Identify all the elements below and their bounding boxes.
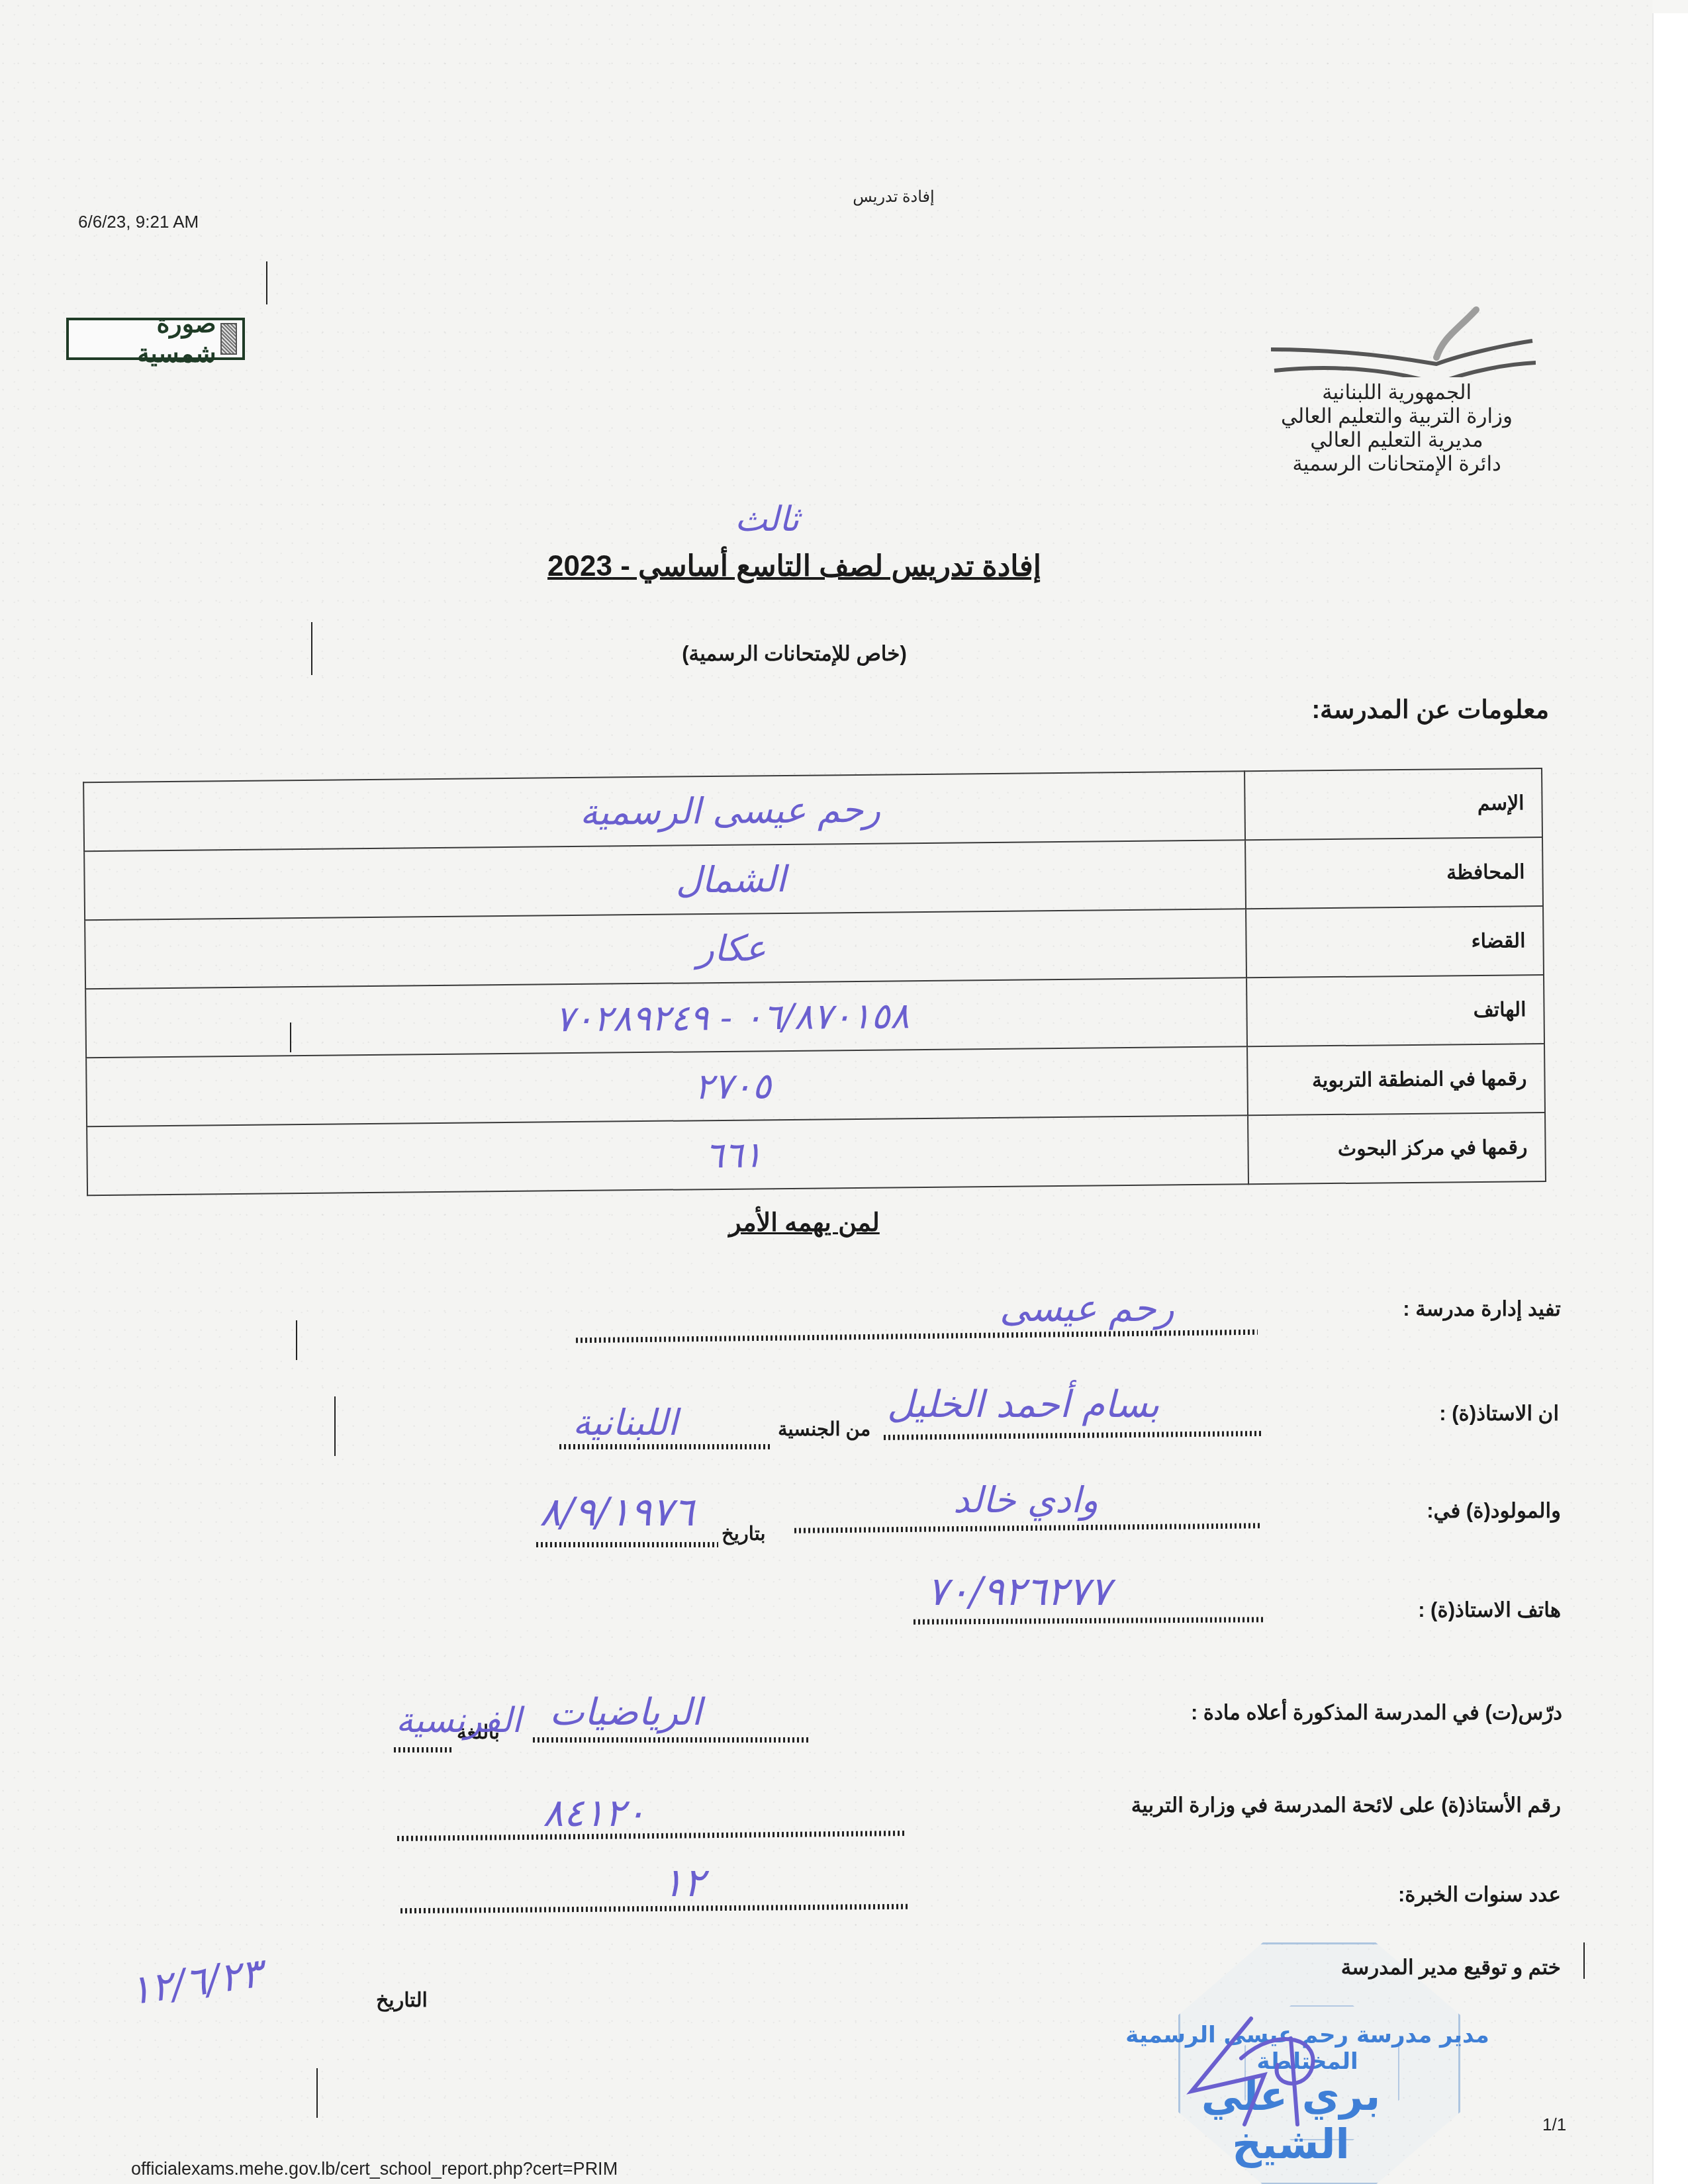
to-whom-heading: لمن يهمه الأمر [695,1208,914,1238]
birthplace-label: والمولود(ة) في: [1427,1499,1561,1523]
birthplace-value: وادي خالد [953,1479,1098,1521]
teacher-phone-value: ٧٠/٩٢٦٢٧٧ [927,1569,1111,1615]
principal-signature-icon [1165,2012,1337,2131]
scan-mark [316,2068,318,2118]
school-admin-label: تفيد إدارة مدرسة : [1403,1297,1561,1321]
print-timestamp: 6/6/23, 9:21 AM [78,212,199,232]
title-annotation: ثالث [735,500,799,539]
photo-placeholder: صورة شمسية [66,318,245,360]
scan-mark [1583,1942,1585,1979]
page-number: 1/1 [1542,2115,1566,2135]
issuer-line: وزارة التربية والتعليم العالي [1258,404,1536,428]
dotted-line [533,1737,811,1743]
nationality-label: من الجنسية [778,1418,870,1441]
photo-placeholder-label: صورة شمسية [74,309,216,369]
subject-value: الرياضيات [549,1691,702,1734]
teacher-name-value: بسام أحمد الخليل [887,1383,1159,1426]
scan-mark [334,1396,336,1456]
school-name-label: الإسم [1244,768,1542,840]
research-center-number-label: رقمها في مركز البحوث [1248,1113,1546,1184]
table-row: ٦٦١ رقمها في مركز البحوث [87,1113,1546,1195]
phone-label: الهاتف [1246,975,1544,1046]
teacher-name-label: ان الاستاذ(ة) : [1439,1402,1559,1426]
signature-label: ختم و توقيع مدير المدرسة [1341,1956,1561,1979]
subject-label: درّس(ت) في المدرسة المذكورة أعلاه مادة : [1191,1701,1562,1725]
scan-mark [296,1320,297,1360]
teacher-phone-label: هاتف الاستاذ(ة) : [1418,1598,1561,1622]
school-name-value: رحم عيسى الرسمية [83,771,1245,851]
language-value: الفرنسية [396,1701,522,1741]
dotted-line [559,1444,771,1449]
birthdate-value: ٨/٩/١٩٧٦ [539,1489,694,1535]
district-label: القضاء [1246,906,1544,978]
scan-mark [311,622,312,675]
governorate-value: الشمال [84,840,1246,920]
experience-value: ١٢ [662,1860,704,1906]
print-url: officialexams.mehe.gov.lb/cert_school_re… [131,2159,618,2179]
governorate-label: المحافظة [1245,837,1543,909]
birthdate-label: بتاريخ [722,1522,765,1545]
ministry-number-label: رقم الأستاذ(ة) على لائحة المدرسة في وزار… [1131,1794,1561,1817]
issuer-line: مديرية التعليم العالي [1258,428,1536,452]
scan-mark [266,261,267,304]
dotted-line [394,1747,453,1752]
print-page-title: إفادة تدريس [827,187,960,206]
issuer-line: دائرة الإمتحانات الرسمية [1258,452,1536,476]
phone-value: ٠٦/٨٧٠١٥٨ - ٧٠٢٨٩٢٤٩ [85,978,1247,1058]
school-info-table: رحم عيسى الرسمية الإسم الشمال المحافظة ع… [83,768,1546,1196]
ministry-number-value: ٨٤١٢٠ [543,1790,646,1835]
ministry-header: الجمهورية اللبنانية وزارة التربية والتعل… [1258,278,1536,476]
date-label: التاريخ [376,1989,428,2012]
document-title: إفادة تدريس لصف التاسع أساسي - 2023 [530,549,1059,583]
broken-image-icon [220,323,237,355]
district-value: عكار [85,909,1246,989]
open-book-logo-icon [1258,278,1536,377]
document-subtitle: (خاص للإمتحانات الرسمية) [596,642,993,666]
experience-label: عدد سنوات الخبرة: [1398,1883,1561,1907]
educational-zone-number-value: ٢٧٠٥ [86,1046,1248,1126]
school-admin-value: رحم عيسى [1000,1287,1174,1330]
dotted-line [536,1542,718,1547]
nationality-value: اللبنانية [573,1402,678,1443]
school-info-heading: معلومات عن المدرسة: [1192,695,1549,725]
research-center-number-value: ٦٦١ [87,1115,1248,1195]
educational-zone-number-label: رقمها في المنطقة التربوية [1247,1044,1545,1115]
issuer-line: الجمهورية اللبنانية [1258,381,1536,404]
page-edge [1652,13,1688,2184]
